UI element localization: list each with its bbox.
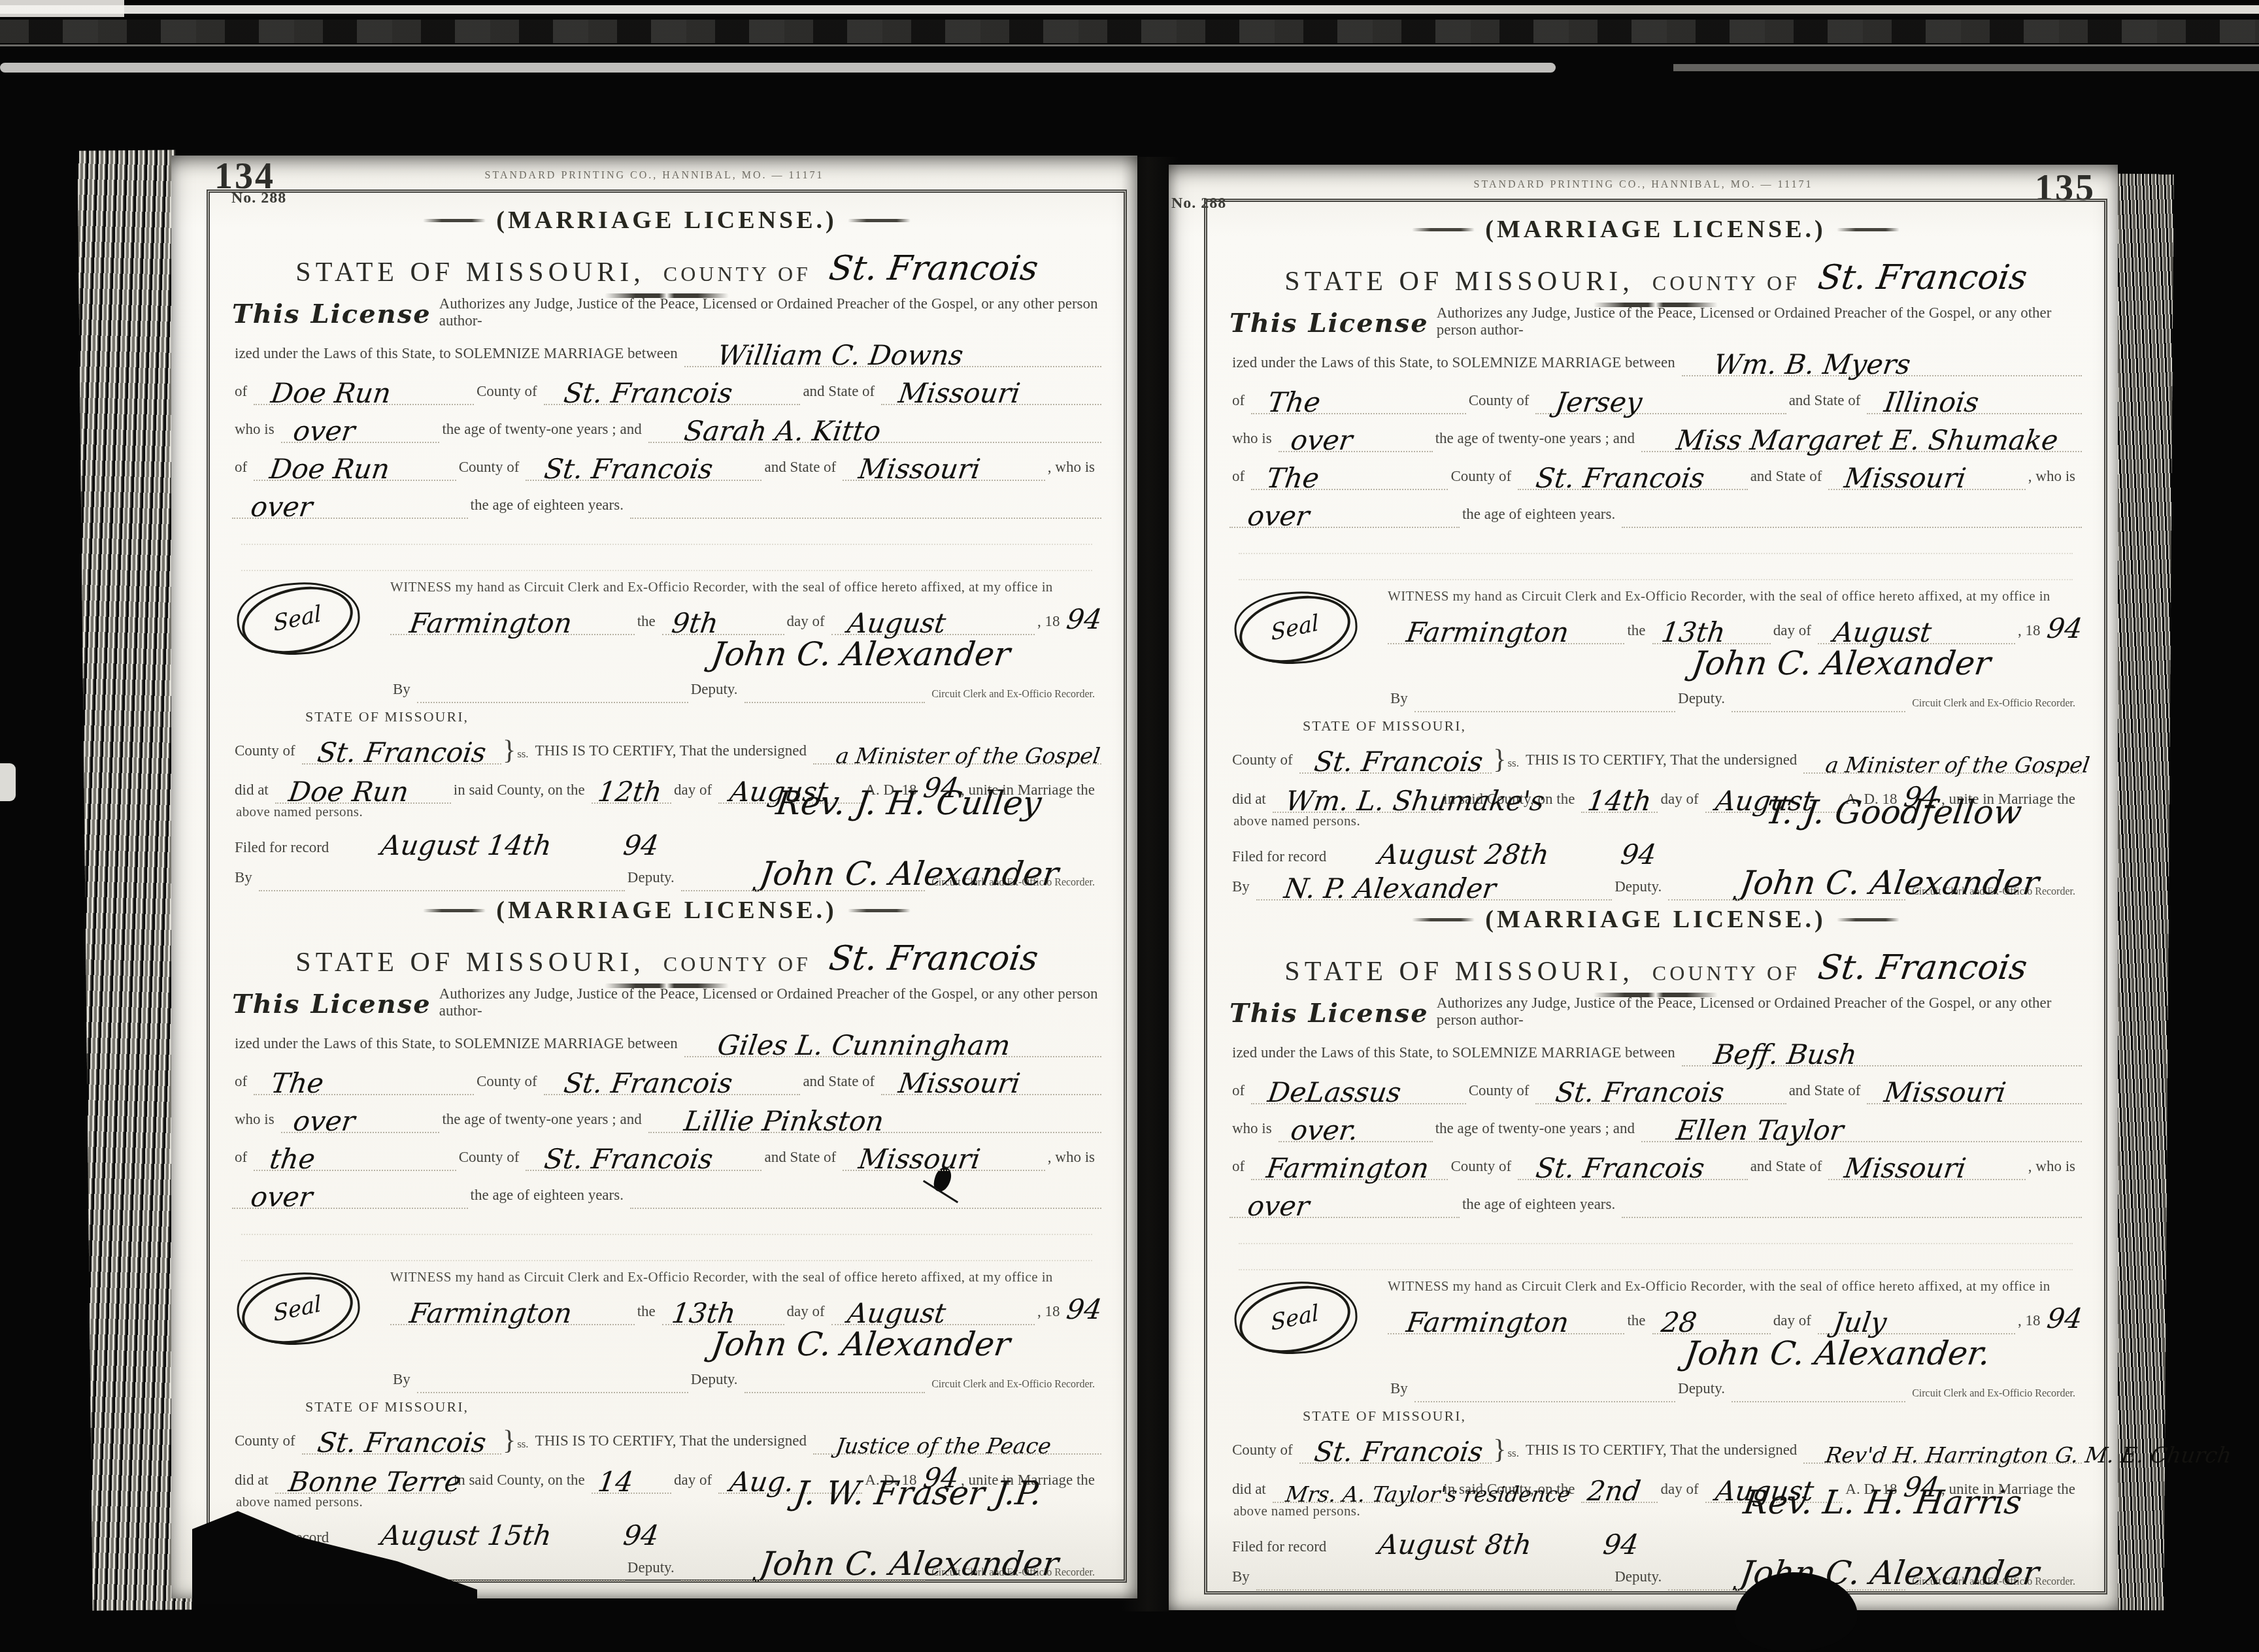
cert-county-line: County of St. Francois } ss. THIS IS TO … — [232, 725, 1101, 765]
groom-state: Missouri — [1882, 1076, 2007, 1108]
blank-rule — [1239, 554, 2073, 580]
cert-county: St. Francois — [1313, 1436, 1485, 1468]
state-label: STATE OF MISSOURI, — [295, 257, 645, 288]
bride-name-blank: Lillie Pinkston — [648, 1095, 1101, 1133]
groom-age: over — [1288, 424, 1354, 456]
cert-county-blank: St. Francois — [1299, 735, 1492, 774]
cert-county-label: County of — [232, 1432, 302, 1455]
county-of-label: County of — [1466, 1082, 1536, 1104]
county-label: COUNTY OF — [663, 262, 811, 288]
solemnize-label: ized under the Laws of this State, to SO… — [232, 1035, 684, 1057]
who-is-label-2: , who is — [2026, 1158, 2082, 1180]
groom-name-line: ized under the Laws of this State, to SO… — [1230, 1029, 2082, 1066]
county-of-label: County of — [474, 1073, 544, 1095]
witness-section: Seal WITNESS my hand as Circuit Clerk an… — [232, 579, 1101, 703]
bride-name: Lillie Pinkston — [682, 1105, 886, 1137]
groom-residence-line: of DeLassus County of St. Francois and S… — [1230, 1066, 2082, 1104]
issue-place: Farmington — [407, 1297, 574, 1329]
filed-year: 94 — [1618, 838, 1658, 870]
bride-age-line: over the age of eighteen years. — [1230, 1180, 2082, 1218]
state-of-label: and State of — [761, 459, 843, 481]
clerk-title-caption: Circuit Clerk and Ex-Officio Recorder. — [925, 689, 1101, 703]
issue-month-blank: August — [831, 597, 1035, 635]
this-license-label: This License — [232, 989, 431, 1019]
groom-age-line: who is over. the age of twenty-one years… — [1230, 1104, 2082, 1142]
county-of-label: County of — [1466, 392, 1536, 414]
cert-state-label: STATE OF MISSOURI, — [1303, 718, 2082, 735]
license-intro-text: Authorizes any Judge, Justice of the Pea… — [439, 295, 1101, 329]
groom-state-blank: Missouri — [1867, 1066, 2082, 1104]
state-of-label: and State of — [800, 383, 881, 405]
by-label: By — [1230, 1568, 1256, 1591]
filed-year: 94 — [621, 1519, 660, 1551]
issue-place-blank: Farmington — [1388, 606, 1624, 644]
cert-county-label: County of — [1230, 752, 1299, 774]
who-is-label: who is — [232, 1111, 281, 1133]
cert-county-blank: St. Francois — [302, 725, 501, 765]
who-is-label: who is — [1230, 430, 1279, 452]
empty-blank — [1622, 1180, 2082, 1218]
bride-state-blank: Missouri — [1828, 452, 2025, 490]
state-county-row: STATE OF MISSOURI, COUNTY OF St. Francoi… — [1230, 940, 2082, 987]
this-license-label: This License — [232, 299, 431, 329]
filed-date: August 28th — [1377, 838, 1551, 870]
issue-date-line: Farmington the 28 day of July , 18 94 — [1388, 1297, 2082, 1334]
groom-name: William C. Downs — [715, 339, 965, 371]
who-is-label: who is — [232, 421, 281, 443]
deputy-label: Deputy. — [1612, 1568, 1668, 1591]
groom-age-blank: over — [281, 1095, 440, 1133]
cert-county: St. Francois — [316, 1427, 488, 1459]
blank-rule — [1239, 1244, 2073, 1270]
bride-residence: Doe Run — [267, 453, 392, 485]
officiant-desc-blank: Rev'd H. Harrington G. M. E. Church — [1803, 1425, 2082, 1464]
the-label: the — [1624, 622, 1652, 644]
bride-name-blank: Sarah A. Kitto — [648, 405, 1101, 443]
witness-body: WITNESS my hand as Circuit Clerk and Ex-… — [390, 1269, 1101, 1393]
day-of-label: day of — [1658, 1481, 1705, 1503]
officiant-signature-row: J. W. Fraser J.P. — [795, 1474, 1041, 1512]
cert-county-label: County of — [232, 742, 302, 765]
filed-date: August 15th — [379, 1519, 554, 1551]
of-label: of — [1230, 1082, 1251, 1104]
groom-county: St. Francois — [1554, 1076, 1726, 1108]
right-page: 135 No. 288 STANDARD PRINTING CO., HANNI… — [1169, 165, 2118, 1610]
marriage-place: Doe Run — [287, 776, 411, 808]
certify-label: THIS IS TO CERTIFY, That the undersigned — [533, 1432, 813, 1455]
bride-name-blank: Ellen Taylor — [1641, 1104, 2082, 1142]
groom-state: Missouri — [897, 1067, 1022, 1099]
age18-label: the age of eighteen years. — [468, 1187, 630, 1209]
bride-county-blank: St. Francois — [1518, 452, 1748, 490]
issue-place-blank: Farmington — [390, 597, 635, 635]
bride-residence: the — [267, 1143, 317, 1175]
groom-age-blank: over — [281, 405, 440, 443]
state-label: STATE OF MISSOURI, — [295, 947, 645, 978]
witness-statement: WITNESS my hand as Circuit Clerk and Ex-… — [390, 1269, 1101, 1287]
flourish-right — [848, 909, 911, 912]
cert-county-blank: St. Francois — [302, 1415, 501, 1455]
marriage-day-blank: 2nd — [1581, 1464, 1658, 1503]
marriage-license-form-4: (MARRIAGE LICENSE.) STATE OF MISSOURI, C… — [1207, 892, 2104, 1582]
marriage-day: 14th — [1585, 785, 1653, 817]
bride-age-blank: over — [1230, 490, 1460, 528]
issue-year: 94 — [1064, 603, 1103, 635]
deputy-label: Deputy. — [625, 1559, 681, 1581]
empty-blank — [1732, 682, 1905, 712]
issue-date-line: Farmington the 13th day of August , 18 9… — [390, 1287, 1101, 1325]
deputy-label: Deputy. — [688, 681, 745, 703]
day-of-label: day of — [671, 782, 718, 804]
county-label: COUNTY OF — [1652, 271, 1800, 297]
filed-year: 94 — [621, 829, 660, 861]
state-of-label: and State of — [761, 1149, 843, 1171]
state-of-label: and State of — [1786, 1082, 1867, 1104]
issue-place: Farmington — [407, 607, 574, 639]
license-intro-line: This License Authorizes any Judge, Justi… — [232, 299, 1101, 329]
county-label: COUNTY OF — [663, 952, 811, 978]
by-label: By — [1388, 1380, 1414, 1402]
flourish-left — [1412, 918, 1475, 921]
flourish-right — [848, 219, 911, 222]
cert-county: St. Francois — [316, 736, 488, 768]
marriage-day: 12th — [595, 776, 663, 808]
year-prefix: , 18 — [1035, 1303, 1067, 1325]
deputy-signature-blank — [417, 673, 688, 703]
empty-blank — [630, 481, 1101, 519]
blank-rule — [1239, 1218, 2073, 1244]
groom-state-blank: Missouri — [881, 1057, 1101, 1095]
form-title-row: (MARRIAGE LICENSE.) — [232, 193, 1101, 236]
who-is-label: who is — [1230, 1120, 1279, 1142]
by-deputy-line: By Deputy. Circuit Clerk and Ex-Officio … — [1388, 1372, 2082, 1402]
issue-place-blank: Farmington — [390, 1287, 635, 1325]
blank-rule — [1239, 528, 2073, 554]
clerk-seal: Seal — [1232, 589, 1358, 669]
officiant-signature: Rev. J. H. Culley — [774, 784, 1044, 822]
cert-state-label: STATE OF MISSOURI, — [305, 708, 1101, 725]
empty-blank — [745, 1363, 926, 1393]
printer-imprint: STANDARD PRINTING CO., HANNIBAL, MO. — 1… — [171, 170, 1137, 182]
bride-age: over — [248, 491, 314, 523]
county-of-label: County of — [1448, 1158, 1518, 1180]
clerk-title-caption: Circuit Clerk and Ex-Officio Recorder. — [1905, 1388, 2082, 1402]
issue-day: 13th — [1660, 616, 1728, 648]
bride-state: Missouri — [1842, 1152, 1967, 1184]
deputy-label: Deputy. — [1675, 1380, 1732, 1402]
of-label: of — [232, 1073, 254, 1095]
marriage-place: Bonne Terre — [287, 1466, 463, 1498]
groom-residence: DeLassus — [1266, 1076, 1403, 1108]
groom-name: Wm. B. Myers — [1711, 348, 1912, 380]
groom-name-line: ized under the Laws of this State, to SO… — [232, 329, 1101, 367]
by-deputy-line: By Deputy. Circuit Clerk and Ex-Officio … — [1388, 682, 2082, 712]
book-scan: 134 No. 288 STANDARD PRINTING CO., HANNI… — [0, 0, 2259, 1652]
clerk-signature: John C. Alexander — [1690, 644, 1993, 682]
bride-state-blank: Missouri — [1828, 1142, 2025, 1180]
groom-state-blank: Missouri — [881, 367, 1101, 405]
cert-county-line: County of St. Francois } ss. THIS IS TO … — [1230, 735, 2082, 774]
clerk-signature-row: John C. Alexander. — [1388, 1334, 2082, 1372]
officiant-signature: Rev. L. H. Harris — [1741, 1483, 2024, 1521]
officiant-signature: T. J. Goodfellow — [1764, 793, 2024, 831]
cert-state-label: STATE OF MISSOURI, — [305, 1398, 1101, 1415]
certificate-section: STATE OF MISSOURI, County of St. Francoi… — [1230, 718, 2082, 900]
state-county-row: STATE OF MISSOURI, COUNTY OF St. Francoi… — [1230, 250, 2082, 297]
empty-blank — [745, 673, 926, 703]
groom-residence: The — [269, 1067, 326, 1099]
groom-state: Illinois — [1882, 386, 1981, 418]
of-label: of — [1230, 392, 1251, 414]
groom-county-blank: St. Francois — [544, 1057, 801, 1095]
issue-place: Farmington — [1405, 1306, 1571, 1338]
state-county-row: STATE OF MISSOURI, COUNTY OF St. Francoi… — [232, 241, 1101, 288]
in-said-county-label: in said County, on the — [451, 1472, 592, 1494]
brace-glyph: } — [501, 740, 517, 765]
bride-residence-blank: the — [254, 1133, 456, 1171]
did-at-label: did at — [232, 782, 275, 804]
certify-label: THIS IS TO CERTIFY, That the undersigned — [1523, 752, 1803, 774]
marriage-place-blank: Doe Run — [275, 765, 451, 804]
ss-label: ss. — [517, 1438, 532, 1455]
bride-state: Missouri — [857, 1143, 982, 1175]
form-title: (MARRIAGE LICENSE.) — [496, 206, 837, 235]
who-is-label-2: , who is — [1045, 1149, 1101, 1171]
groom-residence-blank: The — [1251, 376, 1466, 414]
witness-statement: WITNESS my hand as Circuit Clerk and Ex-… — [1388, 588, 2082, 606]
form-title-row: (MARRIAGE LICENSE.) — [232, 883, 1101, 926]
solemnize-label: ized under the Laws of this State, to SO… — [1230, 1044, 1682, 1066]
bride-state-blank: Missouri — [843, 1133, 1045, 1171]
of-label: of — [232, 459, 254, 481]
day-of-label: day of — [671, 1472, 718, 1494]
bride-residence-blank: Farmington — [1251, 1142, 1448, 1180]
bride-residence-line: of The County of St. Francois and State … — [1230, 452, 2082, 490]
officiant-desc-blank: a Minister of the Gospel — [1803, 735, 2082, 774]
marriage-day-blank: 14 — [592, 1455, 671, 1494]
issue-day-blank: 13th — [662, 1287, 784, 1325]
license-intro-line: This License Authorizes any Judge, Justi… — [1230, 308, 2082, 339]
of-label: of — [1230, 1158, 1251, 1180]
issue-day-blank: 28 — [1652, 1297, 1771, 1334]
of-label: of — [1230, 468, 1251, 490]
bride-name: Ellen Taylor — [1674, 1114, 1845, 1146]
license-intro-text: Authorizes any Judge, Justice of the Pea… — [1437, 305, 2082, 339]
left-page: 134 No. 288 STANDARD PRINTING CO., HANNI… — [171, 156, 1137, 1598]
book-gutter-shadow — [1122, 157, 1179, 1611]
cert-county: St. Francois — [1313, 746, 1485, 778]
age21-label: the age of twenty-one years ; and — [439, 1111, 648, 1133]
groom-residence-line: of The County of Jersey and State of Ill… — [1230, 376, 2082, 414]
bride-age: over — [1246, 1190, 1312, 1222]
bride-residence-blank: The — [1251, 452, 1448, 490]
state-label: STATE OF MISSOURI, — [1284, 266, 1634, 297]
issue-day: 28 — [1660, 1306, 1699, 1338]
brace-glyph: } — [1492, 1439, 1507, 1464]
who-is-label-2: , who is — [2026, 468, 2082, 490]
flourish-right — [1837, 918, 1899, 921]
filed-deputy-blank — [1256, 1561, 1612, 1591]
groom-residence-line: of The County of St. Francois and State … — [232, 1057, 1101, 1095]
issue-day: 13th — [669, 1297, 737, 1329]
ss-label: ss. — [1507, 1447, 1522, 1464]
groom-residence-line: of Doe Run County of St. Francois and St… — [232, 367, 1101, 405]
scan-streak — [1673, 64, 2259, 71]
bride-residence-line: of Doe Run County of St. Francois and St… — [232, 443, 1101, 481]
witness-section: Seal WITNESS my hand as Circuit Clerk an… — [232, 1269, 1101, 1393]
age21-label: the age of twenty-one years ; and — [439, 421, 648, 443]
by-deputy-line: By Deputy. Circuit Clerk and Ex-Officio … — [390, 673, 1101, 703]
county-label: COUNTY OF — [1652, 961, 1800, 987]
blank-rule — [241, 519, 1092, 545]
deputy-label: Deputy. — [688, 1371, 745, 1393]
groom-residence-blank: DeLassus — [1251, 1066, 1466, 1104]
officiant-desc-blank: a Minister of the Gospel — [813, 725, 1101, 765]
form-title-row: (MARRIAGE LICENSE.) — [1230, 202, 2082, 245]
groom-state: Missouri — [897, 377, 1022, 409]
of-label: of — [232, 1149, 254, 1171]
bride-name: Miss Margaret E. Shumake — [1674, 424, 2060, 456]
officiant-signature-row: Rev. L. H. Harris — [1744, 1483, 2022, 1521]
witness-statement: WITNESS my hand as Circuit Clerk and Ex-… — [1388, 1278, 2082, 1297]
bride-age: over — [1246, 500, 1312, 532]
groom-age: over — [292, 415, 358, 447]
day-of-label: day of — [1771, 1312, 1818, 1334]
year-prefix: , 18 — [2015, 1312, 2047, 1334]
issue-month: July — [1832, 1306, 1889, 1338]
bride-residence-blank: Doe Run — [254, 443, 456, 481]
year-prefix: , 18 — [1035, 613, 1067, 635]
issue-year: 94 — [2045, 612, 2084, 644]
bride-state: Missouri — [1842, 462, 1967, 494]
bride-age-line: over the age of eighteen years. — [232, 1171, 1101, 1209]
witness-section: Seal WITNESS my hand as Circuit Clerk an… — [1230, 1278, 2082, 1402]
witness-body: WITNESS my hand as Circuit Clerk and Ex-… — [1388, 1278, 2082, 1402]
issue-month-blank: August — [1818, 606, 2015, 644]
empty-blank — [681, 1551, 925, 1581]
age21-label: the age of twenty-one years ; and — [1433, 1120, 1641, 1142]
clerk-seal: Seal — [1232, 1280, 1358, 1359]
groom-county-blank: St. Francois — [544, 367, 801, 405]
state-of-label: and State of — [800, 1073, 881, 1095]
officiant-description: Rev'd H. Harrington G. M. E. Church — [1824, 1442, 2234, 1468]
printer-imprint: STANDARD PRINTING CO., HANNIBAL, MO. — 1… — [1169, 179, 2118, 191]
groom-name: Giles L. Cunningham — [715, 1029, 1012, 1061]
scan-streak — [0, 20, 2259, 43]
state-of-label: and State of — [1786, 392, 1867, 414]
bride-county: St. Francois — [1534, 462, 1707, 494]
year-prefix: , 18 — [2015, 622, 2047, 644]
form-border: (MARRIAGE LICENSE.) STATE OF MISSOURI, C… — [1204, 199, 2107, 1594]
issue-date-line: Farmington the 9th day of August , 18 94 — [390, 597, 1101, 635]
by-deputy-line: By Deputy. Circuit Clerk and Ex-Officio … — [390, 1363, 1101, 1393]
empty-blank — [1622, 490, 2082, 528]
state-label: STATE OF MISSOURI, — [1284, 956, 1634, 987]
bride-county: St. Francois — [1534, 1152, 1707, 1184]
in-said-county-label: in said County, on the — [451, 782, 592, 804]
the-label: the — [1624, 1312, 1652, 1334]
officiant-description: a Minister of the Gospel — [1824, 752, 2092, 778]
clerk-seal: Seal — [235, 580, 360, 660]
ss-label: ss. — [517, 748, 532, 765]
form-border: (MARRIAGE LICENSE.) STATE OF MISSOURI, C… — [207, 190, 1127, 1583]
form-title: (MARRIAGE LICENSE.) — [1485, 215, 1826, 244]
scan-streak — [0, 63, 1556, 73]
groom-county: St. Francois — [562, 1067, 735, 1099]
filed-label: Filed for record — [1230, 1538, 1333, 1561]
county-of-label: County of — [1448, 468, 1518, 490]
filed-date: August 14th — [379, 829, 554, 861]
marriage-place: Mrs. A. Taylor's residence — [1284, 1481, 1573, 1507]
groom-residence-blank: Doe Run — [254, 367, 474, 405]
groom-name-blank: Wm. B. Myers — [1682, 339, 2082, 376]
age18-label: the age of eighteen years. — [1460, 1196, 1622, 1218]
flourish-left — [1412, 228, 1475, 231]
this-license-label: This License — [1230, 998, 1429, 1029]
cert-county-label: County of — [1230, 1442, 1299, 1464]
certificate-section: STATE OF MISSOURI, County of St. Francoi… — [232, 708, 1101, 891]
this-license-label: This License — [1230, 308, 1429, 339]
groom-residence-blank: The — [254, 1057, 474, 1095]
groom-name-blank: Beff. Bush — [1682, 1029, 2082, 1066]
flourish-left — [423, 909, 486, 912]
form-title: (MARRIAGE LICENSE.) — [496, 896, 837, 925]
blank-rule — [241, 545, 1092, 571]
state-of-label: and State of — [1748, 468, 1829, 490]
groom-age-line: who is over the age of twenty-one years … — [1230, 414, 2082, 452]
issue-month-blank: August — [831, 1287, 1035, 1325]
bride-age: over — [248, 1181, 314, 1213]
empty-blank — [1732, 1372, 1905, 1402]
marriage-month: Aug. — [728, 1466, 796, 1498]
groom-residence: Doe Run — [269, 377, 393, 409]
certify-label: THIS IS TO CERTIFY, That the undersigned — [533, 742, 813, 765]
clerk-signature-row: John C. Alexander — [390, 1325, 1101, 1363]
bride-name: Sarah A. Kitto — [682, 415, 883, 447]
of-label: of — [232, 383, 254, 405]
marriage-place: Wm. L. Shumake's — [1284, 785, 1547, 817]
bride-residence-line: of the County of St. Francois and State … — [232, 1133, 1101, 1171]
groom-state-blank: Illinois — [1867, 376, 2082, 414]
blank-rule — [241, 1235, 1092, 1261]
day-of-label: day of — [1771, 622, 1818, 644]
marriage-day: 2nd — [1585, 1475, 1643, 1507]
solemnize-label: ized under the Laws of this State, to SO… — [232, 345, 684, 367]
officiant-description: a Minister of the Gospel — [835, 743, 1102, 768]
film-edge-notch — [0, 763, 16, 801]
groom-age-line: who is over the age of twenty-one years … — [232, 405, 1101, 443]
did-at-label: did at — [1230, 791, 1273, 813]
clerk-title-caption: Circuit Clerk and Ex-Officio Recorder. — [925, 1379, 1101, 1393]
clerk-signature: John C. Alexander. — [1682, 1334, 1993, 1372]
bride-county: St. Francois — [543, 453, 715, 485]
issue-day-blank: 13th — [1652, 606, 1771, 644]
marriage-place-blank: Mrs. A. Taylor's residence — [1273, 1464, 1441, 1503]
bride-name-blank: Miss Margaret E. Shumake — [1641, 414, 2082, 452]
filed-label: Filed for record — [232, 839, 335, 861]
marriage-license-form-2: (MARRIAGE LICENSE.) STATE OF MISSOURI, C… — [210, 883, 1124, 1573]
issue-date-line: Farmington the 13th day of August , 18 9… — [1388, 606, 2082, 644]
county-of-label: County of — [456, 459, 526, 481]
officiant-signature-row: Rev. J. H. Culley — [777, 784, 1041, 822]
bride-age-blank: over — [232, 481, 468, 519]
witness-body: WITNESS my hand as Circuit Clerk and Ex-… — [390, 579, 1101, 703]
bride-residence: Farmington — [1265, 1152, 1431, 1184]
officiant-desc-blank: Justice of the Peace — [813, 1415, 1101, 1455]
scan-streak — [0, 0, 124, 17]
issue-month: August — [845, 607, 948, 639]
county-value: St. Francois — [1816, 258, 2030, 297]
